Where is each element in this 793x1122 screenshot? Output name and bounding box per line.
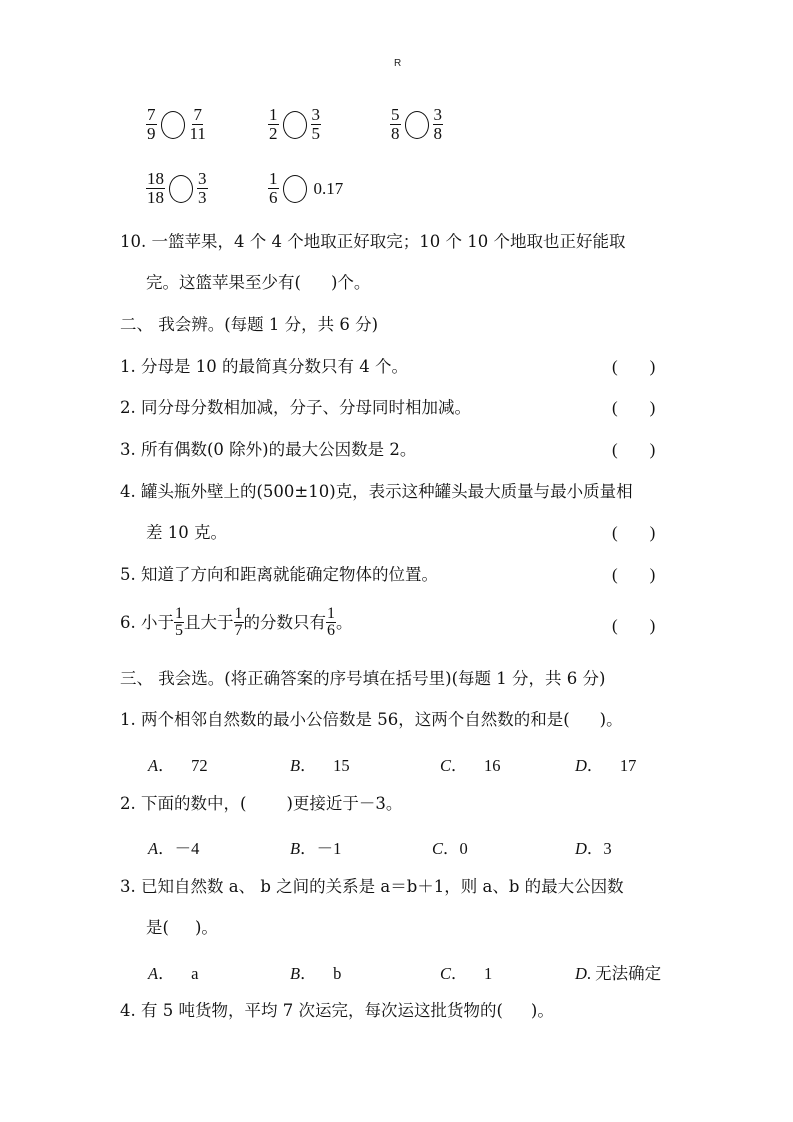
option-label: B bbox=[290, 839, 300, 858]
stem-text-a: 1. 两个相邻自然数的最小公倍数是 56，这两个自然数的和是( bbox=[120, 710, 570, 729]
numerator: 5 bbox=[390, 106, 401, 125]
numerator: 1 bbox=[174, 606, 184, 623]
option-label: D bbox=[575, 756, 587, 775]
paren-open: ( bbox=[612, 440, 618, 459]
section2-title: 二、 我会辨。(每题 1 分，共 6 分) bbox=[120, 315, 378, 335]
stem-text-b: )。 bbox=[531, 1001, 554, 1020]
stem-text-b: )更接近于－3。 bbox=[286, 794, 402, 813]
item6-text-c: 的分数只有 bbox=[244, 613, 327, 633]
denominator: 6 bbox=[268, 189, 279, 207]
option-label: A bbox=[148, 964, 158, 983]
option-label: C bbox=[432, 839, 443, 858]
paren-open: ( bbox=[612, 398, 618, 417]
q1-option-b[interactable]: B． 15 bbox=[290, 752, 350, 776]
q3-option-c[interactable]: C． 1 bbox=[440, 960, 492, 984]
denominator: 8 bbox=[433, 125, 444, 143]
q3-option-d[interactable]: D. 无法确定 bbox=[575, 960, 661, 984]
comparison-3: 58 38 bbox=[390, 106, 443, 143]
compare-circle[interactable] bbox=[283, 111, 307, 139]
numerator: 7 bbox=[192, 106, 203, 125]
choice-q4-stem: 4. 有 5 吨货物，平均 7 次运完，每次运这批货物的()。 bbox=[120, 1001, 554, 1021]
numerator: 7 bbox=[146, 106, 157, 125]
denominator: 9 bbox=[146, 125, 157, 143]
numerator: 3 bbox=[311, 106, 322, 125]
numerator: 1 bbox=[268, 170, 279, 189]
choice-q3-stem: 3. 已知自然数 a、 b 之间的关系是 a＝b＋1，则 a、b 的最大公因数 bbox=[120, 877, 624, 897]
stem-text-a: 2. 下面的数中，( bbox=[120, 794, 246, 813]
comparison-2: 12 35 bbox=[268, 106, 321, 143]
choice-q3-stem-cont: 是()。 bbox=[146, 918, 218, 938]
option-value: b bbox=[333, 964, 341, 983]
stem-text-b: )。 bbox=[600, 710, 623, 729]
paren-open: ( bbox=[612, 616, 618, 635]
page-marker: R bbox=[394, 58, 401, 69]
q2-option-a[interactable]: A．－4 bbox=[148, 835, 199, 859]
choice-q1-stem: 1. 两个相邻自然数的最小公倍数是 56，这两个自然数的和是()。 bbox=[120, 710, 623, 730]
compare-circle[interactable] bbox=[405, 111, 429, 139]
option-value: 17 bbox=[620, 756, 637, 775]
compare-circle[interactable] bbox=[161, 111, 185, 139]
denominator: 7 bbox=[234, 623, 244, 639]
q2-option-c[interactable]: C．0 bbox=[432, 835, 468, 859]
compare-circle[interactable] bbox=[283, 175, 307, 203]
paren-open: ( bbox=[612, 357, 618, 376]
paren-close: ) bbox=[650, 523, 656, 542]
paren-close: ) bbox=[650, 440, 656, 459]
denominator: 5 bbox=[174, 623, 184, 639]
denominator: 8 bbox=[390, 125, 401, 143]
q10-line2: 完。这篮苹果至少有()个。 bbox=[146, 273, 370, 293]
judge-answer-5[interactable]: () bbox=[612, 565, 655, 585]
judge-item-5: 5. 知道了方向和距离就能确定物体的位置。 bbox=[120, 565, 438, 585]
option-value: 0 bbox=[460, 839, 468, 858]
stem-text-a: 4. 有 5 吨货物，平均 7 次运完，每次运这批货物的( bbox=[120, 1001, 503, 1020]
option-label: D bbox=[575, 964, 587, 983]
judge-answer-6[interactable]: () bbox=[612, 616, 655, 636]
q1-option-d[interactable]: D． 17 bbox=[575, 752, 636, 776]
stem-text-a: 是( bbox=[146, 918, 169, 937]
paren-close: ) bbox=[650, 357, 656, 376]
q1-option-a[interactable]: A． 72 bbox=[148, 752, 208, 776]
denominator: 11 bbox=[189, 125, 207, 143]
exam-page: R 79 711 12 35 58 38 1818 33 16 0.17 10.… bbox=[0, 0, 793, 1122]
option-label: A bbox=[148, 756, 158, 775]
option-label: D bbox=[575, 839, 587, 858]
item6-text-d: 。 bbox=[336, 613, 353, 633]
comparison-1: 79 711 bbox=[146, 106, 207, 143]
paren-close: ) bbox=[650, 616, 656, 635]
option-value: 72 bbox=[191, 756, 208, 775]
stem-text-b: )。 bbox=[195, 918, 218, 937]
judge-answer-4[interactable]: () bbox=[612, 523, 655, 543]
option-label: B bbox=[290, 756, 300, 775]
paren-open: ( bbox=[612, 523, 618, 542]
q2-option-d[interactable]: D．3 bbox=[575, 835, 612, 859]
section3-title: 三、 我会选。(将正确答案的序号填在括号里)(每题 1 分，共 6 分) bbox=[120, 669, 605, 689]
compare-circle[interactable] bbox=[169, 175, 193, 203]
denominator: 2 bbox=[268, 125, 279, 143]
q3-option-a[interactable]: A． a bbox=[148, 960, 198, 984]
q2-option-b[interactable]: B．－1 bbox=[290, 835, 341, 859]
judge-item-4-cont: 差 10 克。 bbox=[146, 523, 227, 543]
paren-open: ( bbox=[612, 565, 618, 584]
numerator: 3 bbox=[433, 106, 444, 125]
numerator: 3 bbox=[197, 170, 208, 189]
option-value: 3 bbox=[603, 839, 611, 858]
option-label: A bbox=[148, 839, 158, 858]
numerator: 18 bbox=[146, 170, 165, 189]
denominator: 18 bbox=[146, 189, 165, 207]
option-value: 15 bbox=[333, 756, 350, 775]
option-value: 1 bbox=[484, 964, 492, 983]
paren-close: ) bbox=[650, 565, 656, 584]
choice-q2-stem: 2. 下面的数中，()更接近于－3。 bbox=[120, 794, 402, 814]
option-label: C bbox=[440, 964, 451, 983]
denominator: 5 bbox=[311, 125, 322, 143]
q3-option-b[interactable]: B． b bbox=[290, 960, 341, 984]
judge-item-3: 3. 所有偶数(0 除外)的最大公因数是 2。 bbox=[120, 440, 416, 460]
option-value: 16 bbox=[484, 756, 501, 775]
item6-text-b: 且大于 bbox=[184, 613, 234, 633]
option-value: 无法确定 bbox=[595, 964, 661, 983]
option-value: －4 bbox=[175, 839, 200, 858]
decimal-value: 0.17 bbox=[314, 179, 344, 199]
q10-text-a: 完。这篮苹果至少有( bbox=[146, 273, 301, 292]
option-label: B bbox=[290, 964, 300, 983]
judge-item-4: 4. 罐头瓶外壁上的(500±10)克，表示这种罐头最大质量与最小质量相 bbox=[120, 482, 633, 502]
judge-item-6: 6. 小于 15 且大于 17 的分数只有 16 。 bbox=[120, 606, 353, 639]
item6-text-a: 6. 小于 bbox=[120, 613, 174, 633]
q10-line1: 10. 一篮苹果，4 个 4 个地取正好取完；10 个 10 个地取也正好能取 bbox=[120, 232, 625, 252]
numerator: 1 bbox=[234, 606, 244, 623]
option-value: －1 bbox=[317, 839, 342, 858]
denominator: 3 bbox=[197, 189, 208, 207]
q1-option-c[interactable]: C． 16 bbox=[440, 752, 501, 776]
judge-answer-3[interactable]: () bbox=[612, 440, 655, 460]
comparison-5: 16 0.17 bbox=[268, 170, 343, 207]
judge-answer-2[interactable]: () bbox=[612, 398, 655, 418]
numerator: 1 bbox=[268, 106, 279, 125]
judge-answer-1[interactable]: () bbox=[612, 357, 655, 377]
option-value: a bbox=[191, 964, 198, 983]
numerator: 1 bbox=[326, 606, 336, 623]
judge-item-2: 2. 同分母分数相加减，分子、分母同时相加减。 bbox=[120, 398, 471, 418]
comparison-4: 1818 33 bbox=[146, 170, 208, 207]
paren-close: ) bbox=[650, 398, 656, 417]
judge-item-1: 1. 分母是 10 的最简真分数只有 4 个。 bbox=[120, 357, 408, 377]
q10-text-b: )个。 bbox=[331, 273, 370, 292]
option-label: C bbox=[440, 756, 451, 775]
denominator: 6 bbox=[326, 623, 336, 639]
